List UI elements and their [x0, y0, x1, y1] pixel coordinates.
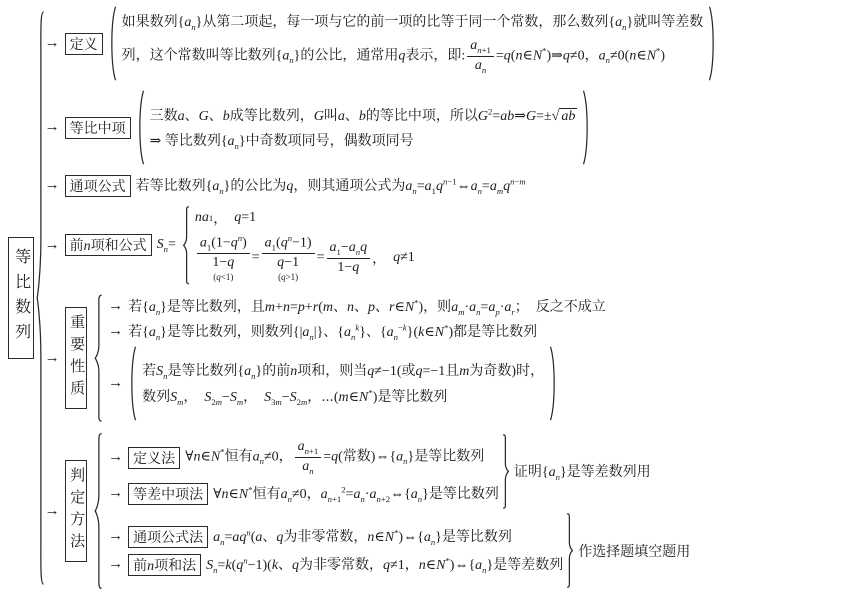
- group-2-methods: → 通项公式法 an=aqn(a、q为非零常数，n∈N*)⇔{an}是等比数列 …: [108, 526, 563, 576]
- branch-sum-formula: → 前n项和公式 Sn= na1， q=1 a1(1−qn)1−q(q<1)=a…: [45, 206, 850, 285]
- method-middle-term-label: 等差中项法: [128, 483, 208, 505]
- arrow-icon: →: [45, 350, 60, 367]
- arrow-icon: →: [45, 503, 60, 520]
- arrow-icon: →: [45, 237, 60, 254]
- property-item-3: → 若Sn是等比数列{an}的前n项和，则当q≠−1(或q=−1且m为奇数)时，…: [108, 346, 606, 421]
- branch-general-term: → 通项公式 若等比数列{an}的公比为q，则其通项公式为an=a1qn−1⇔a…: [45, 175, 850, 197]
- method-definition: → 定义法 ∀n∈N*恒有an≠0，an+1an=q(常数)⇔{an}是等比数列: [108, 438, 499, 476]
- branch-definition: → 定义 如果数列{an}从第二项起，每一项与它的前一项的比等于同一个常数，那么…: [45, 6, 850, 81]
- branch-properties: → 重要性质 → 若{an}是等比数列，且m+n=p+r(m、n、p、r∈N*)…: [45, 294, 850, 423]
- branch-list: → 定义 如果数列{an}从第二项起，每一项与它的前一项的比等于同一个常数，那么…: [45, 6, 850, 590]
- arrow-icon: →: [45, 35, 60, 52]
- definition-text: 如果数列{an}从第二项起，每一项与它的前一项的比等于同一个常数，那么数列{an…: [122, 9, 704, 77]
- right-paren-icon: [708, 6, 717, 81]
- group-2-right-brace-icon: [566, 513, 575, 588]
- properties-left-brace-icon: [92, 294, 103, 423]
- method-sum: → 前n项和法 Sn=k(qn−1)(k、q为非零常数，q≠1，n∈N*)⇔{a…: [108, 554, 563, 576]
- method-general-term: → 通项公式法 an=aqn(a、q为非零常数，n∈N*)⇔{an}是等比数列: [108, 526, 563, 548]
- branch-determination: → 判定方法 → 定义法 ∀n∈N*恒有an≠0，an+1an=q(常数)⇔{a…: [45, 432, 850, 590]
- arrow-icon: →: [108, 528, 123, 545]
- property-3-text: 若Sn是等比数列{an}的前n项和，则当q≠−1(或q=−1且m为奇数)时， 数…: [142, 358, 544, 409]
- cases-left-brace-icon: [181, 206, 190, 285]
- arrow-icon: →: [45, 177, 60, 194]
- geometric-sequence-mindmap: 等比数列 → 定义 如果数列{an}从第二项起，每一项与它的前一项的比等于同一个…: [0, 0, 852, 596]
- method-definition-formula: ∀n∈N*恒有an≠0，an+1an=q(常数)⇔{an}是等比数列: [185, 438, 484, 476]
- definition-line2: 列，这个常数叫等比数列{an}的公比，通常用q表示，即:an+1an=q(n∈N…: [122, 37, 704, 75]
- right-paren-icon: [549, 346, 558, 421]
- property-3-line2: 数列Sm， S2m−Sm， S3m−S2m，⋯(m∈N*)是等比数列: [142, 386, 544, 407]
- determination-group-2: → 通项公式法 an=aqn(a、q为非零常数，n∈N*)⇔{an}是等比数列 …: [108, 513, 690, 588]
- property-1-text: 若{an}是等比数列，且m+n=p+r(m、n、p、r∈N*)，则am·an=a…: [128, 296, 606, 317]
- method-middle-term-formula: ∀n∈N*恒有an≠0，an+12=an·an+2⇔{an}是等比数列: [213, 483, 499, 504]
- method-sum-formula: Sn=k(qn−1)(k、q为非零常数，q≠1，n∈N*)⇔{an}是等差数列: [206, 554, 563, 575]
- geometric-mean-line2: ⇒ 等比数列{an}中奇数项同号，偶数项同号: [150, 130, 578, 151]
- method-definition-label: 定义法: [128, 447, 180, 469]
- properties-items: → 若{an}是等比数列，且m+n=p+r(m、n、p、r∈N*)，则am·an…: [108, 294, 606, 423]
- general-term-label: 通项公式: [65, 175, 131, 197]
- method-sum-label: 前n项和法: [128, 554, 201, 576]
- geometric-mean-label: 等比中项: [65, 117, 131, 139]
- left-paren-icon: [136, 90, 145, 165]
- group-1-note: 证明{an}是等差数列用: [514, 461, 651, 482]
- left-paren-icon: [128, 346, 137, 421]
- left-paren-icon: [108, 6, 117, 81]
- definition-line1: 如果数列{an}从第二项起，每一项与它的前一项的比等于同一个常数，那么数列{an…: [122, 11, 704, 32]
- determination-left-brace-icon: [92, 432, 103, 590]
- property-3-line1: 若Sn是等比数列{an}的前n项和，则当q≠−1(或q=−1且m为奇数)时，: [142, 360, 544, 381]
- root-topic: 等比数列: [8, 237, 34, 359]
- determination-items: → 定义法 ∀n∈N*恒有an≠0，an+1an=q(常数)⇔{an}是等比数列…: [108, 432, 690, 590]
- definition-label: 定义: [65, 33, 103, 55]
- method-general-term-formula: an=aqn(a、q为非零常数，n∈N*)⇔{an}是等比数列: [213, 526, 512, 547]
- general-term-formula: 若等比数列{an}的公比为q，则其通项公式为an=a1qn−1⇔an=amqn−…: [136, 175, 526, 196]
- group-2-note: 作选择题填空题用: [578, 541, 690, 561]
- geometric-mean-line1: 三数a、G、b成等比数列，G叫a、b的等比中项，所以G2=ab⇒G=±√ab: [150, 105, 578, 125]
- arrow-icon: →: [108, 298, 123, 315]
- outer-left-brace-icon: [34, 6, 45, 590]
- determination-group-1: → 定义法 ∀n∈N*恒有an≠0，an+1an=q(常数)⇔{an}是等比数列…: [108, 434, 690, 509]
- right-paren-icon: [582, 90, 591, 165]
- sum-formula-cases: na1， q=1 a1(1−qn)1−q(q<1)=a1(qn−1)q−1(q>…: [195, 206, 415, 285]
- arrow-icon: →: [45, 119, 60, 136]
- branch-geometric-mean: → 等比中项 三数a、G、b成等比数列，G叫a、b的等比中项，所以G2=ab⇒G…: [45, 90, 850, 165]
- arrow-icon: →: [108, 375, 123, 392]
- property-item-1: → 若{an}是等比数列，且m+n=p+r(m、n、p、r∈N*)，则am·an…: [108, 296, 606, 317]
- determination-label: 判定方法: [65, 460, 88, 562]
- method-general-term-label: 通项公式法: [128, 526, 208, 548]
- arrow-icon: →: [108, 556, 123, 573]
- property-item-2: → 若{an}是等比数列，则数列{|an|}、{ank}、{an−k}(k∈N*…: [108, 321, 606, 342]
- group-1-right-brace-icon: [502, 434, 511, 509]
- method-middle-term: → 等差中项法 ∀n∈N*恒有an≠0，an+12=an·an+2⇔{an}是等…: [108, 483, 499, 505]
- group-1-methods: → 定义法 ∀n∈N*恒有an≠0，an+1an=q(常数)⇔{an}是等比数列…: [108, 438, 499, 504]
- sum-case-q-equals-1: na1， q=1: [195, 208, 415, 228]
- arrow-icon: →: [108, 323, 123, 340]
- sum-case-q-not-1: a1(1−qn)1−q(q<1)=a1(qn−1)q−1(q>1)=a1−anq…: [195, 233, 415, 283]
- sum-formula-label: 前n项和公式: [65, 234, 152, 256]
- root-topic-wrap: 等比数列: [8, 6, 34, 590]
- geometric-mean-text: 三数a、G、b成等比数列，G叫a、b的等比中项，所以G2=ab⇒G=±√ab ⇒…: [150, 103, 578, 153]
- arrow-icon: →: [108, 485, 123, 502]
- properties-label: 重要性质: [65, 307, 88, 409]
- arrow-icon: →: [108, 449, 123, 466]
- property-2-text: 若{an}是等比数列，则数列{|an|}、{ank}、{an−k}(k∈N*)都…: [128, 321, 537, 342]
- sum-formula-lead: Sn=: [157, 237, 176, 254]
